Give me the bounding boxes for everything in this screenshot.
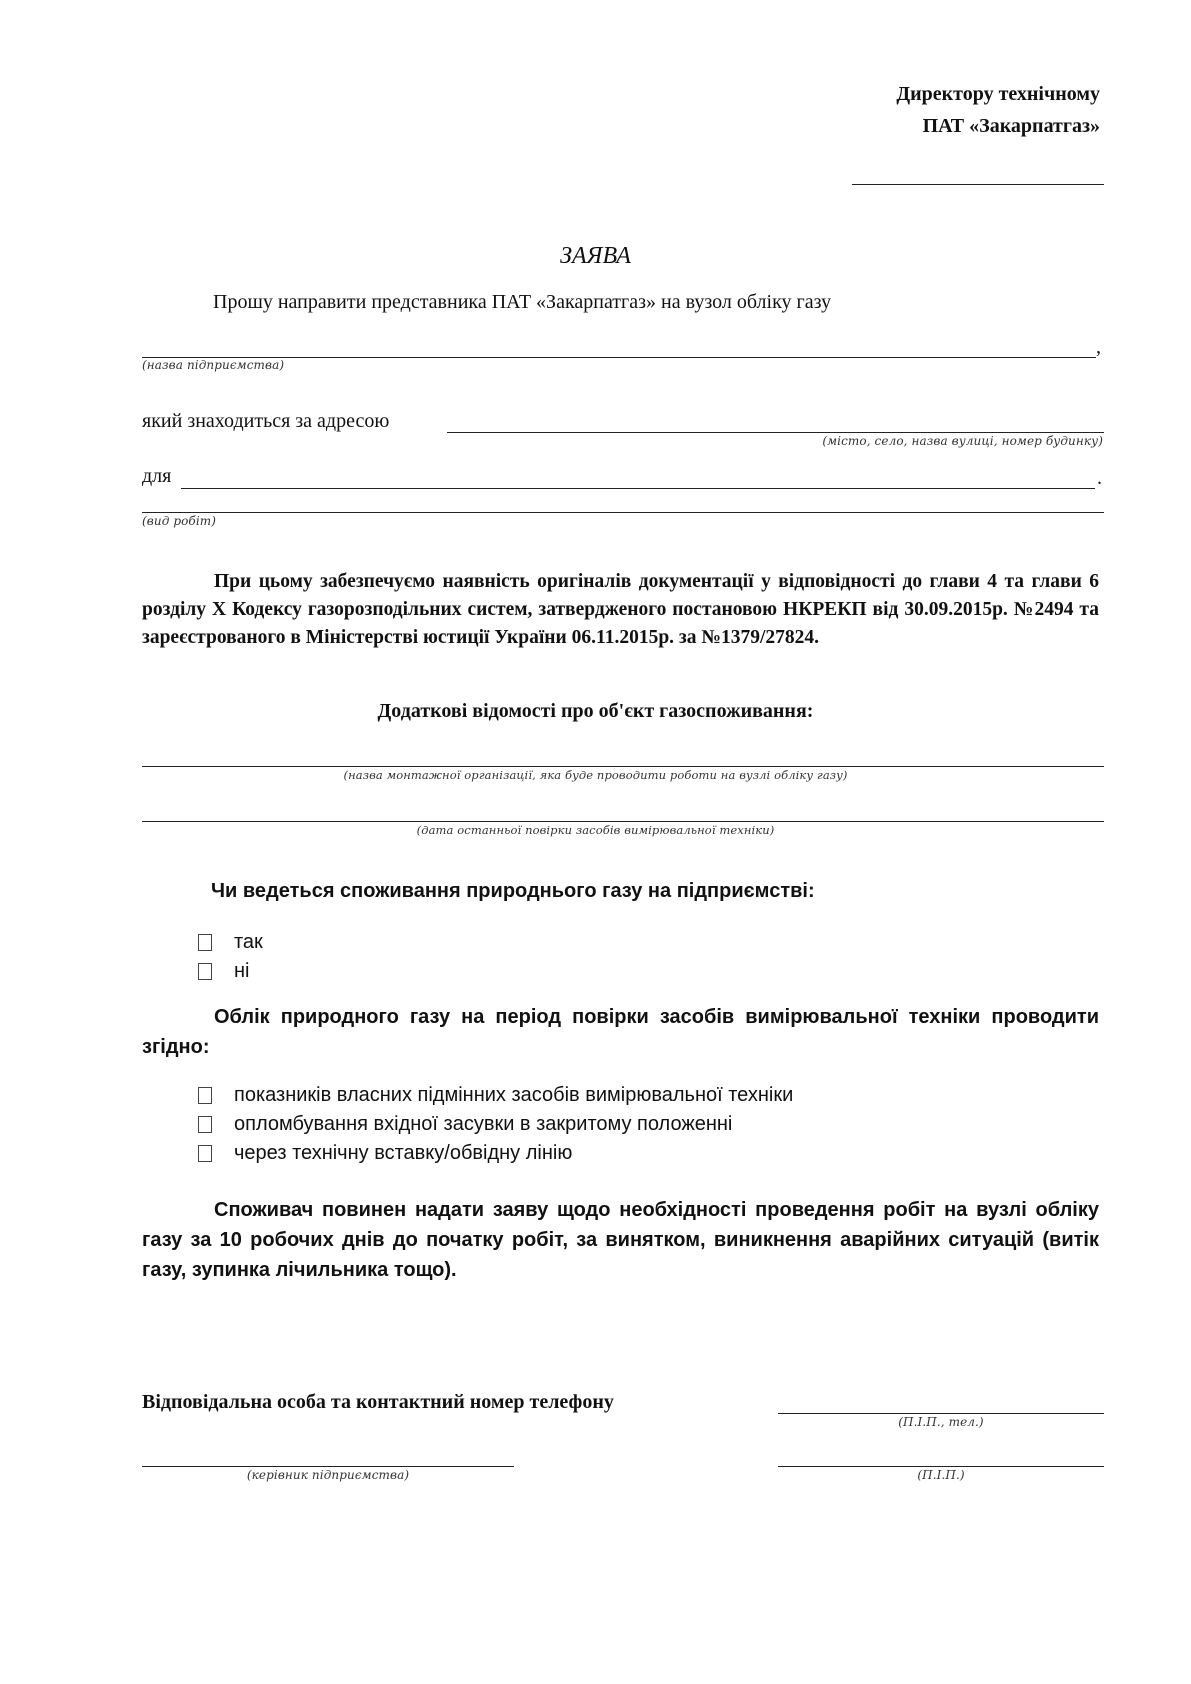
work-type-hint: (вид робіт) <box>142 514 216 528</box>
consumption-option-no[interactable]: ні <box>198 960 250 983</box>
recipient-signature-line[interactable] <box>852 184 1104 185</box>
enterprise-name-field[interactable] <box>142 357 1096 358</box>
work-type-label: для <box>142 465 171 488</box>
recipient-position: Директору технічному <box>896 78 1100 110</box>
documentation-text: При цьому забезпечуємо наявність оригіна… <box>142 571 1099 648</box>
recipient-company: ПАТ «Закарпатгаз» <box>896 110 1100 142</box>
enterprise-name-trailing: , <box>1096 336 1101 359</box>
recipient-block: Директору технічному ПАТ «Закарпатгаз» <box>896 78 1100 142</box>
address-label: який знаходиться за адресою <box>142 410 389 433</box>
head-name-hint: (П.І.П.) <box>778 1468 1104 1482</box>
notice-text: Споживач повинен надати заяву щодо необх… <box>142 1199 1099 1281</box>
installer-field[interactable] <box>142 766 1104 767</box>
request-line: Прошу направити представника ПАТ «Закарп… <box>213 291 831 314</box>
head-signature-field[interactable] <box>142 1466 514 1467</box>
head-name-field[interactable] <box>778 1466 1104 1467</box>
work-type-field[interactable] <box>181 488 1095 489</box>
metering-option-bypass[interactable]: через технічну вставку/обвідну лінію <box>198 1142 572 1165</box>
contact-hint: (П.І.П., тел.) <box>778 1415 1104 1429</box>
contact-field[interactable] <box>778 1413 1104 1414</box>
checkbox-bypass[interactable] <box>198 1145 212 1162</box>
head-signature-hint: (керівник підприємства) <box>142 1468 514 1482</box>
metering-option-own-meters-label: показників власних підмінних засобів вим… <box>234 1084 793 1107</box>
address-field[interactable] <box>447 432 1104 433</box>
metering-heading-text: Облік природного газу на період повірки … <box>142 1006 1099 1058</box>
checkbox-sealing[interactable] <box>198 1116 212 1133</box>
consumption-option-yes[interactable]: так <box>198 931 263 954</box>
checkbox-yes[interactable] <box>198 934 212 951</box>
address-hint: (місто, село, назва вулиці, номер будинк… <box>822 434 1103 448</box>
consumption-heading: Чи ведеться споживання природнього газу … <box>211 880 815 903</box>
consumption-option-yes-label: так <box>234 931 263 954</box>
notice-paragraph: Споживач повинен надати заяву щодо необх… <box>142 1195 1099 1285</box>
work-type-trailing: . <box>1097 467 1102 490</box>
contact-label: Відповідальна особа та контактний номер … <box>142 1391 614 1414</box>
installer-hint: (назва монтажної організації, яка буде п… <box>0 768 1191 782</box>
consumption-option-no-label: ні <box>234 960 250 983</box>
checkbox-no[interactable] <box>198 963 212 980</box>
enterprise-name-hint: (назва підприємства) <box>142 358 284 372</box>
additional-info-heading: Додаткові відомості про об'єкт газоспожи… <box>0 700 1191 723</box>
checkbox-own-meters[interactable] <box>198 1087 212 1104</box>
work-type-field-line2[interactable] <box>142 512 1104 513</box>
metering-option-sealing[interactable]: опломбування вхідної засувки в закритому… <box>198 1113 732 1136</box>
last-verification-field[interactable] <box>142 821 1104 822</box>
metering-option-bypass-label: через технічну вставку/обвідну лінію <box>234 1142 572 1165</box>
metering-option-sealing-label: опломбування вхідної засувки в закритому… <box>234 1113 732 1136</box>
metering-heading: Облік природного газу на період повірки … <box>142 1002 1099 1062</box>
metering-option-own-meters[interactable]: показників власних підмінних засобів вим… <box>198 1084 793 1107</box>
document-title: ЗАЯВА <box>0 243 1191 270</box>
last-verification-hint: (дата останньої повірки засобів вимірюва… <box>0 823 1191 837</box>
documentation-paragraph: При цьому забезпечуємо наявність оригіна… <box>142 568 1099 652</box>
